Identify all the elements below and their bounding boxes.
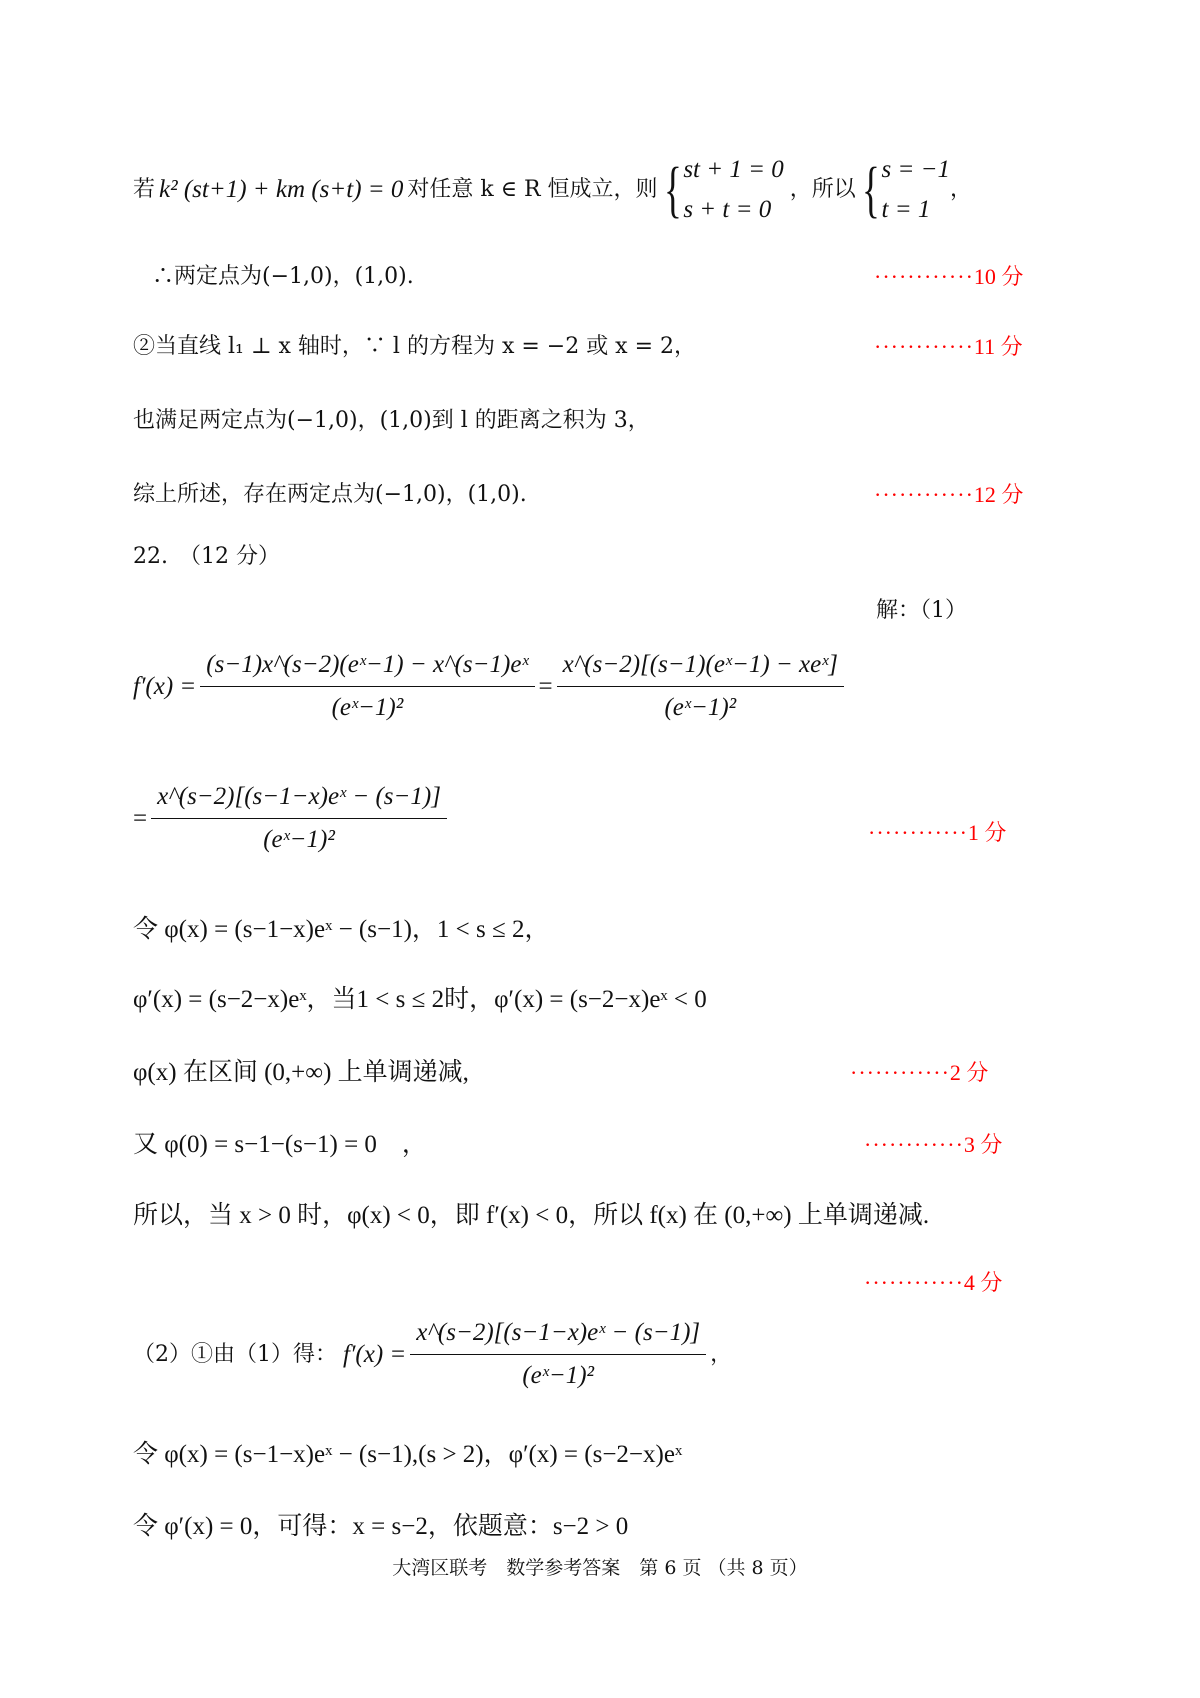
text-prefix: 若 [133, 175, 155, 205]
phi-definition-line: 令 φ(x) = (s−1−x)eˣ − (s−1)，1 < s ≤ 2， [133, 915, 549, 945]
phi-definition-part-2: 令 φ(x) = (s−1−x)eˣ − (s−1),(s > 2)，φ′(x)… [133, 1440, 682, 1470]
fraction-1-numerator: (s−1)x^(s−2)(eˣ−1) − x^(s−1)eˣ [200, 648, 534, 687]
equation-system-1: { st + 1 = 0 s + t = 0 [658, 150, 784, 230]
phi-derivative-line: φ′(x) = (s−2−x)eˣ，当1 < s ≤ 2时，φ′(x) = (s… [133, 985, 707, 1015]
score-marker-12: ············12 分 [874, 480, 1023, 510]
system-2-eq-b: t = 1 [882, 190, 950, 230]
score-marker-1: ············1 分 [868, 818, 1006, 848]
score-marker-11: ············11 分 [874, 332, 1023, 362]
part-2-derivative-line: （2）①由（1）得： f′(x) = x^(s−2)[(s−1−x)eˣ − (… [133, 1316, 732, 1393]
derivative-formula-2: = x^(s−2)[(s−1−x)eˣ − (s−1)] (eˣ−1)² [133, 780, 451, 857]
fraction-4-numerator: x^(s−2)[(s−1−x)eˣ − (s−1)] [410, 1316, 706, 1355]
text-end: ， [710, 1340, 732, 1370]
fraction-2-numerator: x^(s−2)[(s−1)(eˣ−1) − xeˣ] [557, 648, 844, 687]
equals-sign: = [539, 672, 553, 702]
score-marker-4: ············4 分 [864, 1268, 1002, 1298]
derivative-lhs: f′(x) = [133, 672, 196, 702]
fraction-2-denominator: (eˣ−1)² [664, 687, 736, 725]
text-middle: 对任意 k ∈ R 恒成立，则 [407, 175, 657, 205]
phi-decreasing-line: φ(x) 在区间 (0,+∞) 上单调递减, [133, 1058, 469, 1088]
fraction-4: x^(s−2)[(s−1−x)eˣ − (s−1)] (eˣ−1)² [410, 1316, 706, 1393]
vertical-line-case: ②当直线 l₁ ⊥ x 轴时，∵ l 的方程为 x = −2 或 x = 2， [133, 332, 696, 362]
monotonic-conclusion-line: 所以，当 x > 0 时，φ(x) < 0，即 f′(x) < 0，所以 f(x… [133, 1201, 929, 1231]
system-2-eq-a: s = −1 [882, 150, 950, 190]
fraction-3-denominator: (eˣ−1)² [263, 819, 335, 857]
conclusion-line: 综上所述，存在两定点为(−1,0)，(1,0). [133, 480, 527, 510]
condition-line: 若 k² (st+1) + km (s+t) = 0 对任意 k ∈ R 恒成立… [133, 150, 972, 230]
fraction-1-denominator: (eˣ−1)² [332, 687, 404, 725]
text-end: ， [950, 175, 972, 205]
fraction-3-numerator: x^(s−2)[(s−1−x)eˣ − (s−1)] [151, 780, 447, 819]
system-1-eq-b: s + t = 0 [683, 190, 783, 230]
derivative-formula-1: f′(x) = (s−1)x^(s−2)(eˣ−1) − x^(s−1)eˣ (… [133, 648, 848, 725]
text-middle-2: ，所以 [790, 175, 856, 205]
fixed-points-line: ∴两定点为(−1,0)，(1,0). [152, 262, 414, 292]
solution-part-1-label: 解：（1） [876, 596, 967, 626]
equals-sign: = [133, 804, 147, 834]
system-1-eq-a: st + 1 = 0 [683, 150, 783, 190]
part-2-prefix: （2）①由（1）得： [133, 1340, 337, 1370]
page-footer: 大湾区联考 数学参考答案 第 6 页 （共 8 页） [0, 1555, 1200, 1581]
math-expression: k² (st+1) + km (s+t) = 0 [159, 175, 403, 205]
left-brace-icon: { [664, 159, 682, 221]
equation-system-2: { s = −1 t = 1 [856, 150, 950, 230]
left-brace-icon: { [862, 159, 880, 221]
score-marker-3: ············3 分 [864, 1130, 1002, 1160]
score-marker-10: ············10 分 [874, 262, 1023, 292]
derivative-lhs: f′(x) = [343, 1340, 406, 1370]
fraction-1: (s−1)x^(s−2)(eˣ−1) − x^(s−1)eˣ (eˣ−1)² [200, 648, 534, 725]
score-marker-2: ············2 分 [850, 1058, 988, 1088]
question-22-heading: 22. （12 分） [133, 542, 280, 572]
fraction-3: x^(s−2)[(s−1−x)eˣ − (s−1)] (eˣ−1)² [151, 780, 447, 857]
fraction-2: x^(s−2)[(s−1)(eˣ−1) − xeˣ] (eˣ−1)² [557, 648, 844, 725]
phi-zero-line: 又 φ(0) = s−1−(s−1) = 0 ， [133, 1130, 427, 1160]
phi-critical-point-line: 令 φ′(x) = 0，可得：x = s−2，依题意：s−2 > 0 [133, 1512, 628, 1542]
distance-product-line: 也满足两定点为(−1,0)，(1,0)到 l 的距离之积为 3， [133, 406, 650, 436]
fraction-4-denominator: (eˣ−1)² [522, 1355, 594, 1393]
